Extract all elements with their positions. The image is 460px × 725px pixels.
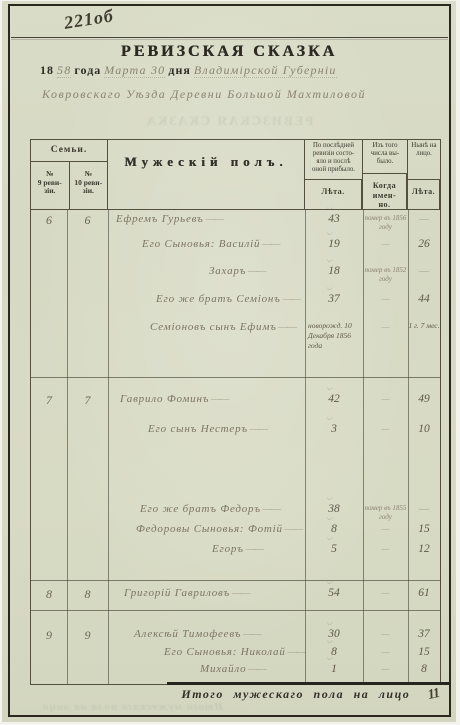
handwritten-province: Владимірской Губерніи xyxy=(194,63,337,78)
age-now: 15 xyxy=(408,523,440,535)
person-name: Его сынъ Нестеръ xyxy=(108,423,305,435)
age-now: 49 xyxy=(408,393,440,405)
age-last-revision: 38 xyxy=(305,503,363,515)
person-name: Ефремъ Гурьевъ xyxy=(108,213,305,225)
age-last-revision: 18 xyxy=(305,265,363,277)
rev10-number: 6 xyxy=(67,213,108,228)
person-name: Его Сыновья: Николай xyxy=(108,646,305,658)
header-family-label: Семьи. xyxy=(31,140,107,162)
header-last-revision-column: По послѣдней ревизіи состо- яло и послѣ … xyxy=(305,140,363,209)
scanned-page: РЕВИЗСКАЯ СКАЗКА Итого мужескаго пола на… xyxy=(2,1,456,722)
departure-note: — xyxy=(363,423,408,436)
table-row: 9 9 Алексѣй Тимофеевъ 30 — 37 xyxy=(31,628,440,643)
departure-note: помер въ 1855 году xyxy=(363,503,408,522)
header-departed-column: Изъ того числа вы- было. Когда имен- но. xyxy=(363,140,408,209)
age-now: — xyxy=(408,503,440,515)
person-name: Алексѣй Тимофеевъ xyxy=(108,628,305,640)
table-body: 6 6 Ефремъ Гурьевъ 43 помер въ 1856 году… xyxy=(31,209,440,684)
rev9-number: 8 xyxy=(31,587,67,602)
departure-note: — xyxy=(363,543,408,556)
person-name: Его Сыновья: Василій xyxy=(108,238,305,250)
header-male-label: Мужескій полъ. xyxy=(124,154,287,170)
departure-note: — xyxy=(363,587,408,600)
departure-note: — xyxy=(363,238,408,251)
rev10-number: 7 xyxy=(67,393,108,408)
total-value-handwritten: 11 xyxy=(426,686,440,704)
total-line: Итого мужескаго пола на лицо 11 xyxy=(2,687,439,703)
table-row: Михайло 1 — 8 xyxy=(31,663,440,676)
person-name: Федоровы Сыновья: Фотій xyxy=(108,523,305,535)
departure-note: — xyxy=(363,663,408,676)
family-separator xyxy=(31,610,440,611)
table-row: Семіоновъ сынъ Ефимъ новорожд. 10 Декабр… xyxy=(31,321,440,350)
age-last-revision: 3 xyxy=(305,423,363,435)
table-row: 7 7 Гаврило Фоминъ 42 — 49 xyxy=(31,393,440,408)
person-name: Семіоновъ сынъ Ефимъ xyxy=(108,321,305,333)
table-row: Федоровы Сыновья: Фотій 8 — 15 xyxy=(31,523,440,536)
revision-table: Семьи. № 9 реви- зіи. № 10 реви- зіи. Му… xyxy=(30,139,441,685)
header-years-last-label: Лѣта. xyxy=(305,180,362,209)
age-last-revision: 1 xyxy=(305,663,363,675)
departure-note: — xyxy=(363,646,408,659)
age-last-revision: 19 xyxy=(305,238,363,250)
bleed-through-ghost: РЕВИЗСКАЯ СКАЗКА xyxy=(2,113,456,129)
family-separator xyxy=(31,377,440,378)
printed-dnya: дня xyxy=(168,63,190,77)
departure-note: — xyxy=(363,523,408,536)
table-row: 6 6 Ефремъ Гурьевъ 43 помер въ 1856 году… xyxy=(31,213,440,232)
age-last-revision: 54 xyxy=(305,587,363,599)
person-name: Его же братъ Семіонъ xyxy=(108,293,305,305)
age-last-revision: 8 xyxy=(305,523,363,535)
top-rule-shadow xyxy=(11,39,448,40)
person-name: Захаръ xyxy=(108,265,305,277)
age-last-revision: 5 xyxy=(305,543,363,555)
header-rev10-label: № 10 реви- зіи. xyxy=(70,162,108,209)
handwritten-year: 58 xyxy=(57,63,71,78)
rev9-number: 6 xyxy=(31,213,67,228)
age-now: — xyxy=(408,213,440,225)
age-now: 12 xyxy=(408,543,440,555)
departure-note: — xyxy=(363,628,408,641)
age-last-revision: 30 xyxy=(305,628,363,640)
rev10-number: 8 xyxy=(67,587,108,602)
person-name: Егоръ xyxy=(108,543,305,555)
departure-note: — xyxy=(363,393,408,406)
printed-year-prefix: 18 xyxy=(40,63,54,77)
printed-goda: года xyxy=(74,63,101,77)
table-row: Его Сыновья: Василій 19 — 26 xyxy=(31,238,440,251)
age-now: 61 xyxy=(408,587,440,599)
age-last-revision: 42 xyxy=(305,393,363,405)
header-rev9-label: № 9 реви- зіи. xyxy=(31,162,70,209)
age-last-revision: 37 xyxy=(305,293,363,305)
age-last-revision: 43 xyxy=(305,213,363,225)
handwritten-month-day: Марта 30 xyxy=(104,63,165,78)
page-number-handwritten: 221об xyxy=(63,5,116,34)
age-now: 1 г. 7 мес. xyxy=(408,321,440,330)
person-name: Его же братъ Федоръ xyxy=(108,503,305,515)
header-departed-label: Изъ того числа вы- было. xyxy=(363,140,407,174)
table-header: Семьи. № 9 реви- зіи. № 10 реви- зіи. Му… xyxy=(31,140,440,210)
departure-note: помер въ 1852 году xyxy=(363,265,408,284)
top-rule xyxy=(11,37,448,38)
age-last-revision: новорожд. 10 Декабря 1856 года xyxy=(305,321,363,350)
age-now: 37 xyxy=(408,628,440,640)
table-row: Его же братъ Семіонъ 37 — 44 xyxy=(31,293,440,306)
age-now: 44 xyxy=(408,293,440,305)
rev9-number: 9 xyxy=(31,628,67,643)
rev10-number: 9 xyxy=(67,628,108,643)
total-label: Итого мужескаго пола на лицо xyxy=(181,687,410,701)
departure-note: — xyxy=(363,293,408,306)
person-name: Михайло xyxy=(108,663,305,675)
document-title: РЕВИЗСКАЯ СКАЗКА xyxy=(2,43,456,61)
family-separator xyxy=(31,580,440,581)
table-row: Его сынъ Нестеръ 3 — 10 xyxy=(31,423,440,436)
age-now: 8 xyxy=(408,663,440,675)
header-when-label: Когда имен- но. xyxy=(363,174,407,209)
table-row: Егоръ 5 — 12 xyxy=(31,543,440,556)
person-name: Гаврило Фоминъ xyxy=(108,393,305,405)
total-rule xyxy=(167,682,450,685)
header-last-revision-label: По послѣдней ревизіи состо- яло и послѣ … xyxy=(305,140,362,180)
header-present-label: Нынѣ на лицо. xyxy=(408,140,440,180)
age-last-revision: 8 xyxy=(305,646,363,658)
header-family-column: Семьи. № 9 реви- зіи. № 10 реви- зіи. xyxy=(31,140,108,209)
departure-note: помер въ 1856 году xyxy=(363,213,408,232)
rev9-number: 7 xyxy=(31,393,67,408)
place-line-handwritten: Ковровскаго Уѣзда Деревни Большой Махтил… xyxy=(42,87,442,102)
departure-note: — xyxy=(363,321,408,334)
header-male-column: Мужескій полъ. xyxy=(108,140,305,209)
person-name: Григорій Гавриловъ xyxy=(108,587,305,599)
header-present-column: Нынѣ на лицо. Лѣта. xyxy=(408,140,440,209)
age-now: 26 xyxy=(408,238,440,250)
date-line: 18 58 года Марта 30 дня Владимірской Губ… xyxy=(40,63,440,78)
table-row: 8 8 Григорій Гавриловъ 54 — 61 xyxy=(31,587,440,602)
age-now: 10 xyxy=(408,423,440,435)
header-years-now-label: Лѣта. xyxy=(408,180,440,209)
age-now: — xyxy=(408,265,440,277)
table-row: Его Сыновья: Николай 8 — 15 xyxy=(31,646,440,659)
table-row: Его же братъ Федоръ 38 помер въ 1855 год… xyxy=(31,503,440,522)
table-row: Захаръ 18 помер въ 1852 году — xyxy=(31,265,440,284)
age-now: 15 xyxy=(408,646,440,658)
